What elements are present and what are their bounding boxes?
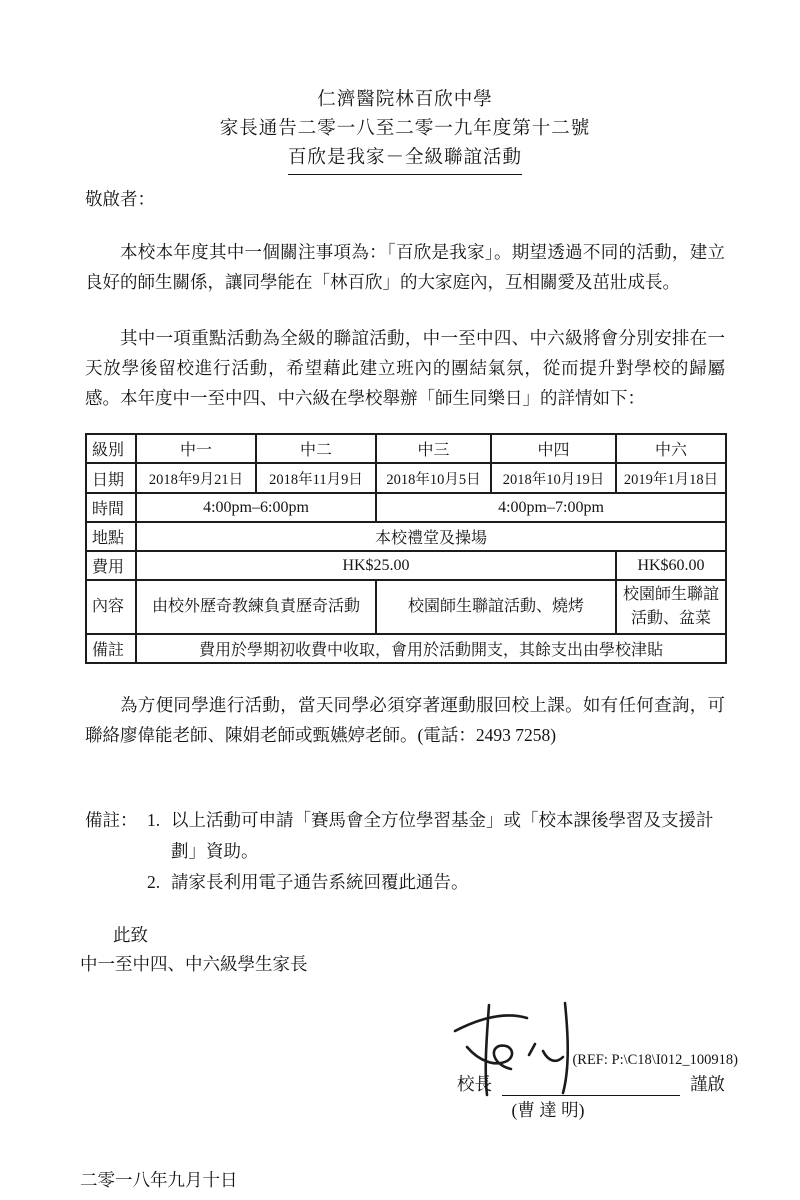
table-row-fee: 費用 HK$25.00 HK$60.00 bbox=[86, 551, 726, 580]
table-row-grade: 級別 中一 中二 中三 中四 中六 bbox=[86, 434, 726, 463]
row-label-fee: 費用 bbox=[86, 551, 136, 580]
paragraph-1: 本校本年度其中一個關注事項為：「百欣是我家」。期望透過不同的活動，建立良好的師生… bbox=[85, 237, 725, 297]
signature-line-row: 校長 謹啟 bbox=[457, 1071, 725, 1096]
row-label-content: 內容 bbox=[86, 580, 136, 634]
fee-cell: HK$25.00 bbox=[136, 551, 616, 580]
content-cell: 校園師生聯誼 活動、盆菜 bbox=[616, 580, 726, 634]
notes-label: 備註： bbox=[85, 805, 147, 867]
event-schedule-table: 級別 中一 中二 中三 中四 中六 日期 2018年9月21日 2018年11月… bbox=[85, 433, 727, 664]
table-row-venue: 地點 本校禮堂及操場 bbox=[86, 522, 726, 551]
grade-cell: 中三 bbox=[376, 434, 491, 463]
time-cell: 4:00pm–7:00pm bbox=[376, 493, 726, 522]
respectfully-label: 謹啟 bbox=[690, 1071, 725, 1096]
notes-section: 備註： 1. 以上活動可申請「賽馬會全方位學習基金」或「校本課後學習及支援計劃」… bbox=[85, 805, 725, 898]
title-block: 仁濟醫院林百欣中學 家長通告二零一八至二零一九年度第十二號 百欣是我家－全級聯誼… bbox=[85, 86, 725, 175]
school-name: 仁濟醫院林百欣中學 bbox=[85, 86, 725, 115]
signature-line bbox=[502, 1074, 680, 1096]
content-cell: 由校外歷奇教練負責歷奇活動 bbox=[136, 580, 376, 634]
row-label-remark: 備註 bbox=[86, 634, 136, 663]
date-cell: 2018年10月19日 bbox=[491, 463, 616, 493]
table-row-date: 日期 2018年9月21日 2018年11月9日 2018年10月5日 2018… bbox=[86, 463, 726, 493]
note-item-1: 備註： 1. 以上活動可申請「賽馬會全方位學習基金」或「校本課後學習及支援計劃」… bbox=[85, 805, 725, 867]
remark-cell: 費用於學期初收費中收取，會用於活動開支，其餘支出由學校津貼 bbox=[136, 634, 726, 663]
notice-number: 家長通告二零一八至二零一九年度第十二號 bbox=[85, 115, 725, 144]
notice-date: 二零一八年九月十日 bbox=[80, 1167, 725, 1192]
date-cell: 2019年1月18日 bbox=[616, 463, 726, 493]
grade-cell: 中六 bbox=[616, 434, 726, 463]
venue-cell: 本校禮堂及操場 bbox=[136, 522, 726, 551]
note-text: 以上活動可申請「賽馬會全方位學習基金」或「校本課後學習及支援計劃」資助。 bbox=[171, 805, 725, 867]
closing-cizhi: 此致 bbox=[113, 922, 725, 947]
salutation: 敬啟者： bbox=[85, 186, 725, 211]
date-cell: 2018年10月5日 bbox=[376, 463, 491, 493]
note-text: 請家長利用電子通告系統回覆此通告。 bbox=[171, 867, 725, 898]
date-cell: 2018年11月9日 bbox=[256, 463, 376, 493]
paragraph-3: 為方便同學進行活動，當天同學必須穿著運動服回校上課。如有任何查詢，可聯絡廖偉能老… bbox=[85, 690, 725, 750]
grade-cell: 中二 bbox=[256, 434, 376, 463]
row-label-venue: 地點 bbox=[86, 522, 136, 551]
grade-cell: 中一 bbox=[136, 434, 256, 463]
grade-cell: 中四 bbox=[491, 434, 616, 463]
row-label-time: 時間 bbox=[86, 493, 136, 522]
closing-recipients: 中一至中四、中六級學生家長 bbox=[80, 949, 725, 979]
fee-cell: HK$60.00 bbox=[616, 551, 726, 580]
content-cell: 校園師生聯誼活動、燒烤 bbox=[376, 580, 616, 634]
note-item-2: 2. 請家長利用電子通告系統回覆此通告。 bbox=[85, 867, 725, 898]
principal-label: 校長 bbox=[457, 1071, 492, 1096]
notice-subject-text: 百欣是我家－全級聯誼活動 bbox=[288, 144, 522, 175]
row-label-grade: 級別 bbox=[86, 434, 136, 463]
note-number: 2. bbox=[147, 867, 171, 898]
notice-document: 仁濟醫院林百欣中學 家長通告二零一八至二零一九年度第十二號 百欣是我家－全級聯誼… bbox=[0, 0, 800, 1200]
note-number: 1. bbox=[147, 805, 171, 867]
reference-number: (REF: P:\C18\I012_100918) bbox=[572, 1052, 738, 1069]
table-row-remark: 備註 費用於學期初收費中收取，會用於活動開支，其餘支出由學校津貼 bbox=[86, 634, 726, 663]
time-cell: 4:00pm–6:00pm bbox=[136, 493, 376, 522]
row-label-date: 日期 bbox=[86, 463, 136, 493]
paragraph-2: 其中一項重點活動為全級的聯誼活動，中一至中四、中六級將會分別安排在一天放學後留校… bbox=[85, 323, 725, 413]
table-row-time: 時間 4:00pm–6:00pm 4:00pm–7:00pm bbox=[86, 493, 726, 522]
principal-name: (曹 達 明) bbox=[459, 1097, 637, 1122]
date-cell: 2018年9月21日 bbox=[136, 463, 256, 493]
notice-subject: 百欣是我家－全級聯誼活動 bbox=[85, 144, 725, 175]
table-row-content: 內容 由校外歷奇教練負責歷奇活動 校園師生聯誼活動、燒烤 校園師生聯誼 活動、盆… bbox=[86, 580, 726, 634]
